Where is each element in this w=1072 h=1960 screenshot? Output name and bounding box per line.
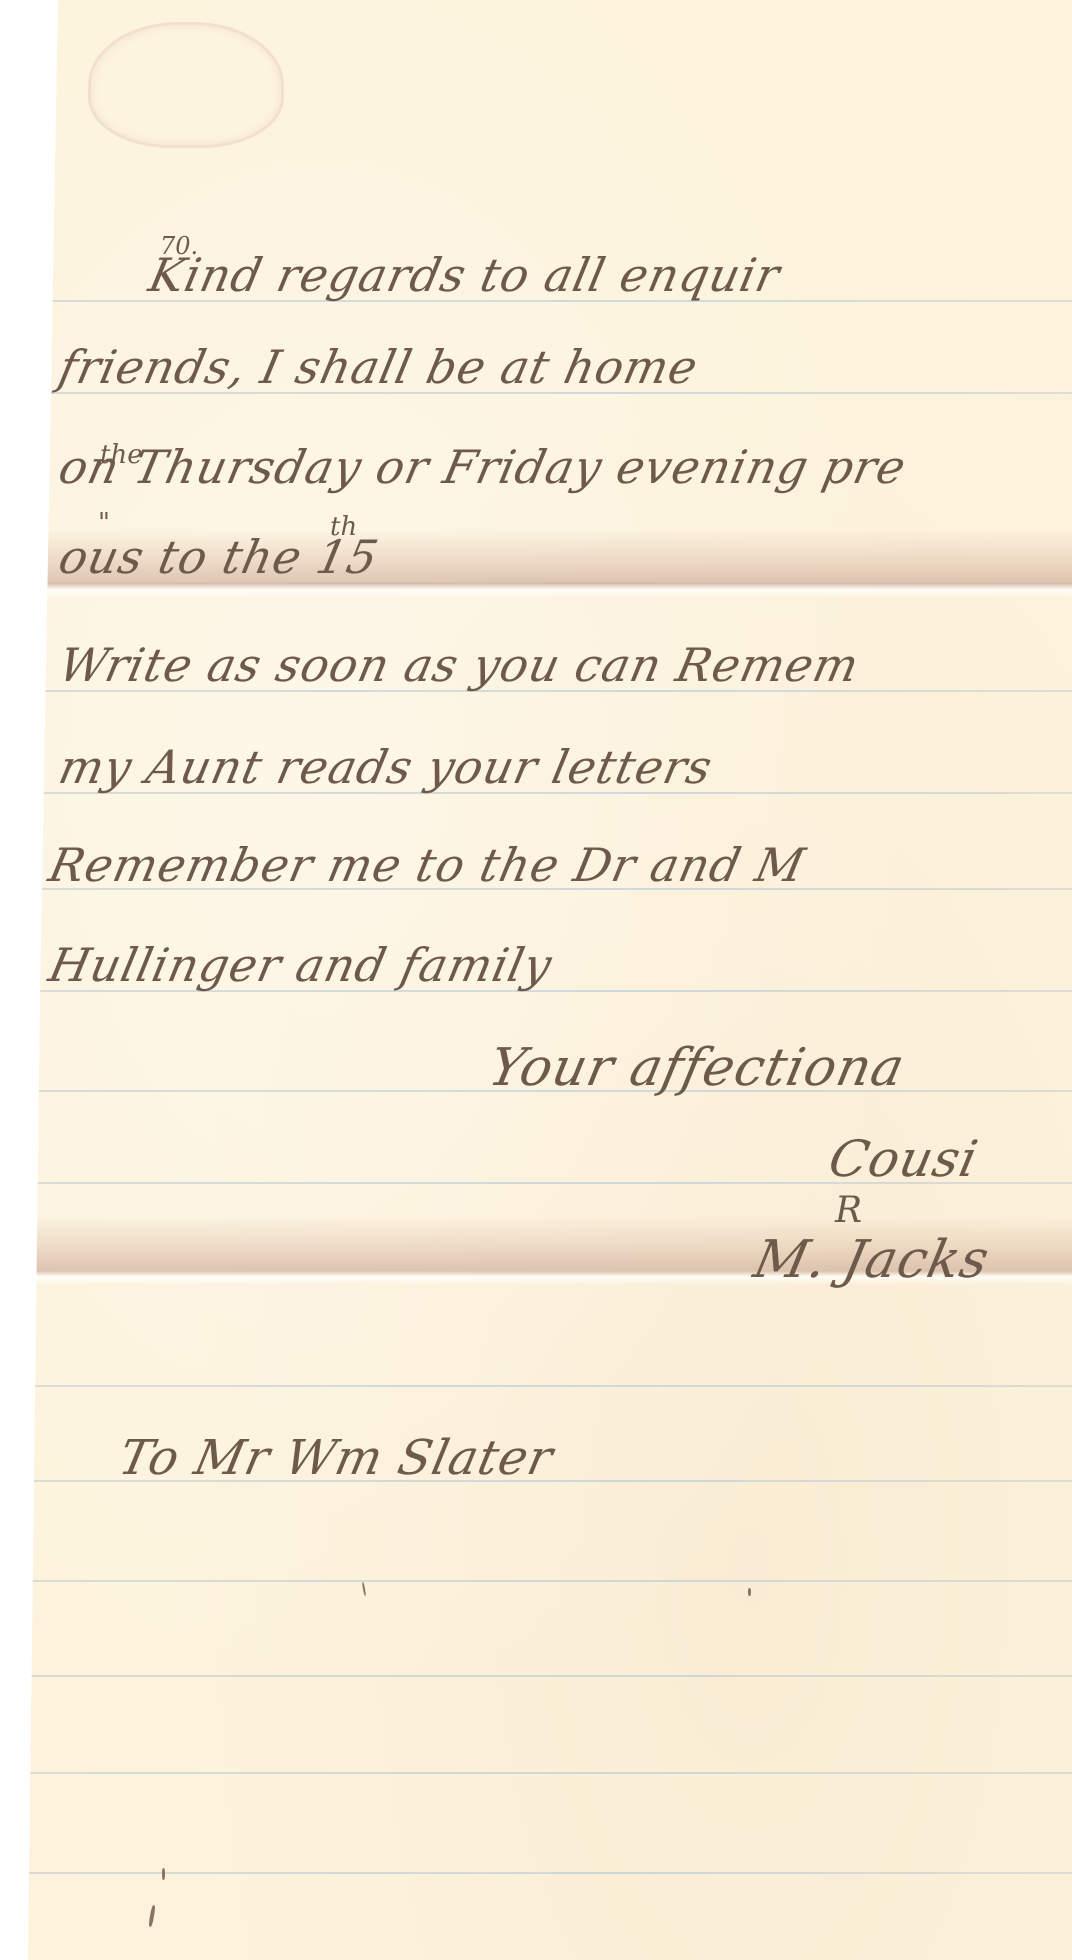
ink-speck [362,1582,366,1596]
signature: M. Jacks [749,1230,995,1290]
letter-line-1: Kind regards to all enquir [144,248,785,302]
letter-line-5: Write as soon as you can Remem [54,638,864,692]
ink-speck [162,1868,165,1880]
ordinal-suffix: th [330,512,357,542]
rule-line [0,1675,1072,1677]
rule-line [0,1872,1072,1874]
closing-valediction: Your affectiona [484,1038,910,1098]
letter-line-3: on Thursday or Friday evening pre [54,440,911,494]
signature-initial: R [835,1190,862,1231]
letter-line-7: Remember me to the Dr and M [44,838,810,892]
rule-line [0,1772,1072,1774]
ink-speck [148,1905,156,1927]
letter-line-8: Hullinger and family [44,938,557,992]
address-line: To Mr Wm Slater [114,1430,558,1486]
letter-line-2: friends, I shall be at home [54,340,703,394]
rule-line [0,1580,1072,1582]
closing-relation: Cousi [824,1130,984,1188]
letter-line-6: my Aunt reads your letters [54,740,717,794]
embossed-stamp-icon [88,22,284,148]
letter-paper: 70. Kind regards to all enquir friends, … [0,0,1072,1960]
ink-speck [748,1588,751,1596]
rule-line [0,1385,1072,1387]
